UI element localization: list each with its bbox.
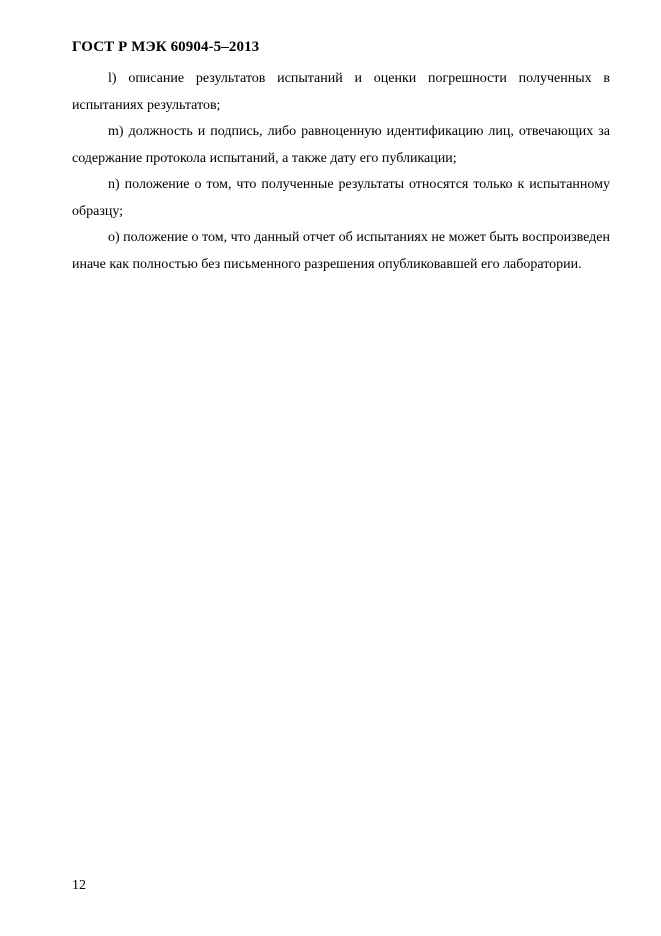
list-item-o: o) положение о том, что данный отчет об … — [72, 225, 610, 278]
list-item-m: m) должность и подпись, либо равноценную… — [72, 119, 610, 172]
document-header: ГОСТ Р МЭК 60904-5–2013 — [72, 39, 259, 56]
list-item-n: n) положение о том, что полученные резул… — [72, 172, 610, 225]
page-number: 12 — [72, 878, 86, 894]
document-body: l) описание результатов испытаний и оцен… — [72, 66, 610, 278]
list-item-l: l) описание результатов испытаний и оцен… — [72, 66, 610, 119]
